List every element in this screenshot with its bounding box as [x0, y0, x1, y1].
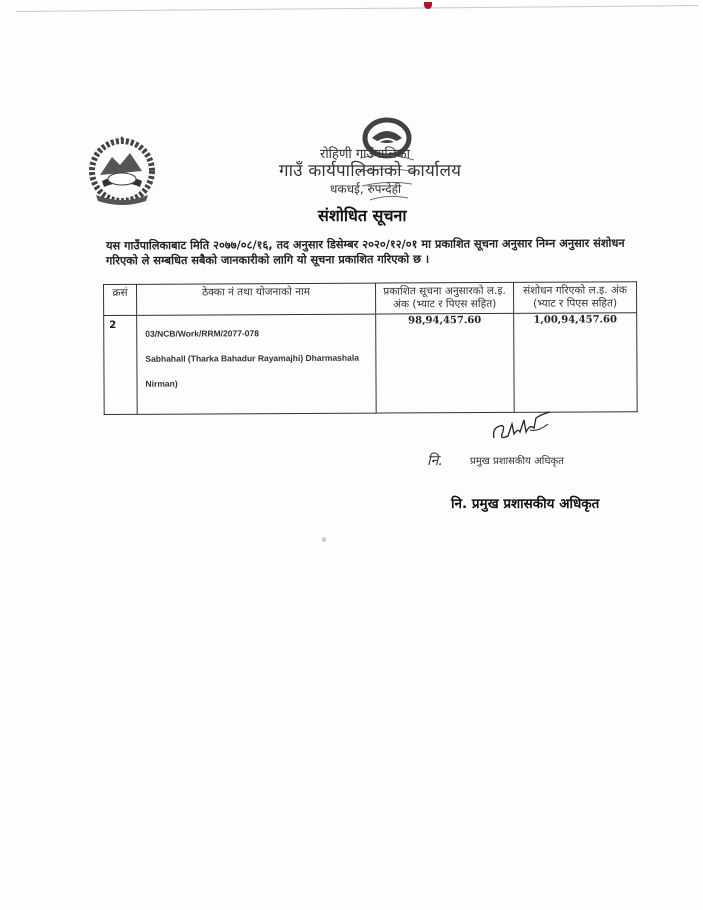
- header-revised-amount: संशोधन गरिएको ल.इ. अंक (भ्याट र पिएस सहि…: [513, 282, 636, 314]
- revision-table: क्रसं ठेक्का नं तथा योजनाको नाम प्रकाशित…: [103, 281, 638, 415]
- table-row: 2 03/NCB/Work/RRM/2077-078 Sabhahall (Th…: [104, 313, 638, 415]
- notice-title: संशोधित सूचना: [318, 204, 407, 226]
- project-name-line2: Nirman): [145, 377, 369, 391]
- signature-prefix: नि.: [427, 451, 443, 470]
- office-address: धकधई, रुपन्देही: [330, 180, 401, 197]
- header-serial: क्रसं: [104, 284, 137, 315]
- government-emblem-icon: [84, 135, 160, 207]
- signatory-title: प्रमुख प्रशासकीय अधिकृत: [470, 453, 564, 467]
- signatory-title-stamp: नि. प्रमुख प्रशासकीय अधिकृत: [451, 494, 599, 512]
- signature-icon: [490, 410, 555, 446]
- project-name-line1: Sabhahall (Tharka Bahadur Rayamajhi) Dha…: [145, 352, 369, 366]
- document-page: रोहिणी गाउँपालिका गाउँ कार्यपालिकाको कार…: [0, 0, 703, 910]
- notice-intro-paragraph: यस गाउँपालिकाबाट मिति २०७७/०८/१६, तद अनु…: [106, 236, 646, 269]
- table-header-row: क्रसं ठेक्का नं तथा योजनाको नाम प्रकाशित…: [104, 282, 637, 316]
- row-serial: 2: [104, 315, 138, 414]
- office-name: गाउँ कार्यपालिकाको कार्यालय: [279, 158, 461, 181]
- row-contract-cell: 03/NCB/Work/RRM/2077-078 Sabhahall (Thar…: [137, 314, 377, 414]
- contract-number: 03/NCB/Work/RRM/2077-078: [145, 327, 369, 341]
- published-amount: 98,94,457.60: [376, 313, 515, 413]
- header-published-amount: प्रकाशित सूचना अनुसारको ल.इ. अंक (भ्याट …: [375, 282, 513, 314]
- paper-speck: [322, 537, 326, 542]
- page-top-edge: [16, 5, 698, 12]
- revised-amount: 1,00,94,457.60: [514, 313, 638, 413]
- header-contract-name: ठेक्का नं तथा योजनाको नाम: [137, 283, 376, 315]
